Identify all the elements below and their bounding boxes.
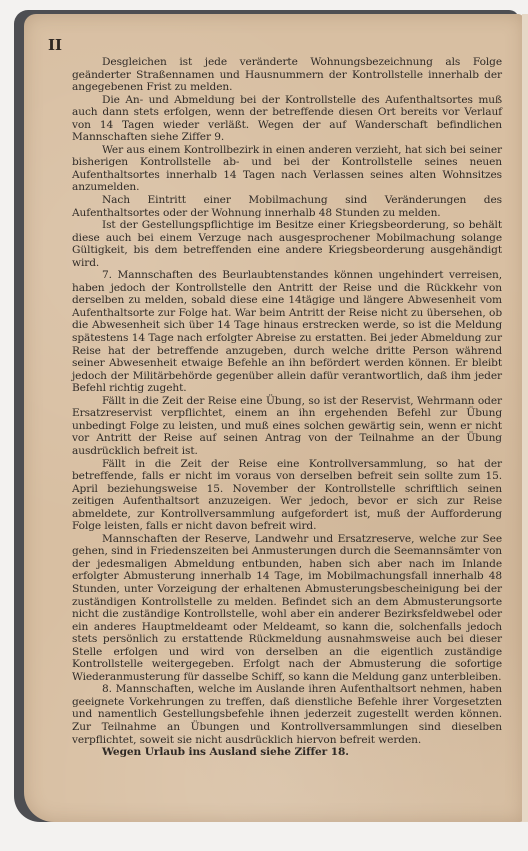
paragraph-district-move: Wer aus einem Kontrollbezirk in einen an…	[72, 144, 502, 194]
paragraph-control-assembly: Fällt in die Zeit der Reise eine Kontrol…	[72, 458, 502, 533]
paragraph-exercise: Fällt in die Zeit der Reise eine Übung, …	[72, 395, 502, 458]
paragraph-war-orders: Ist der Gestellungspflichtige im Besitze…	[72, 219, 502, 269]
paragraph-registration: Die An- und Abmeldung bei der Kontrollst…	[72, 94, 502, 144]
paragraph-seafarers: Mannschaften der Reserve, Landwehr und E…	[72, 533, 502, 684]
page-body: Desgleichen ist jede veränderte Wohnungs…	[72, 56, 502, 759]
paragraph-section-7-travel: 7. Mannschaften des Beurlaubtenstandes k…	[72, 269, 502, 394]
paragraph-leave-abroad: Wegen Urlaub ins Ausland siehe Ziffer 18…	[72, 746, 502, 759]
paragraph-mobilization: Nach Eintritt einer Mobilmachung sind Ve…	[72, 194, 502, 219]
page-number: II	[48, 36, 62, 54]
paragraph-section-8-abroad: 8. Mannschaften, welche im Auslande ihre…	[72, 683, 502, 746]
paragraph-address-change: Desgleichen ist jede veränderte Wohnungs…	[72, 56, 502, 94]
page-edge	[522, 14, 528, 822]
